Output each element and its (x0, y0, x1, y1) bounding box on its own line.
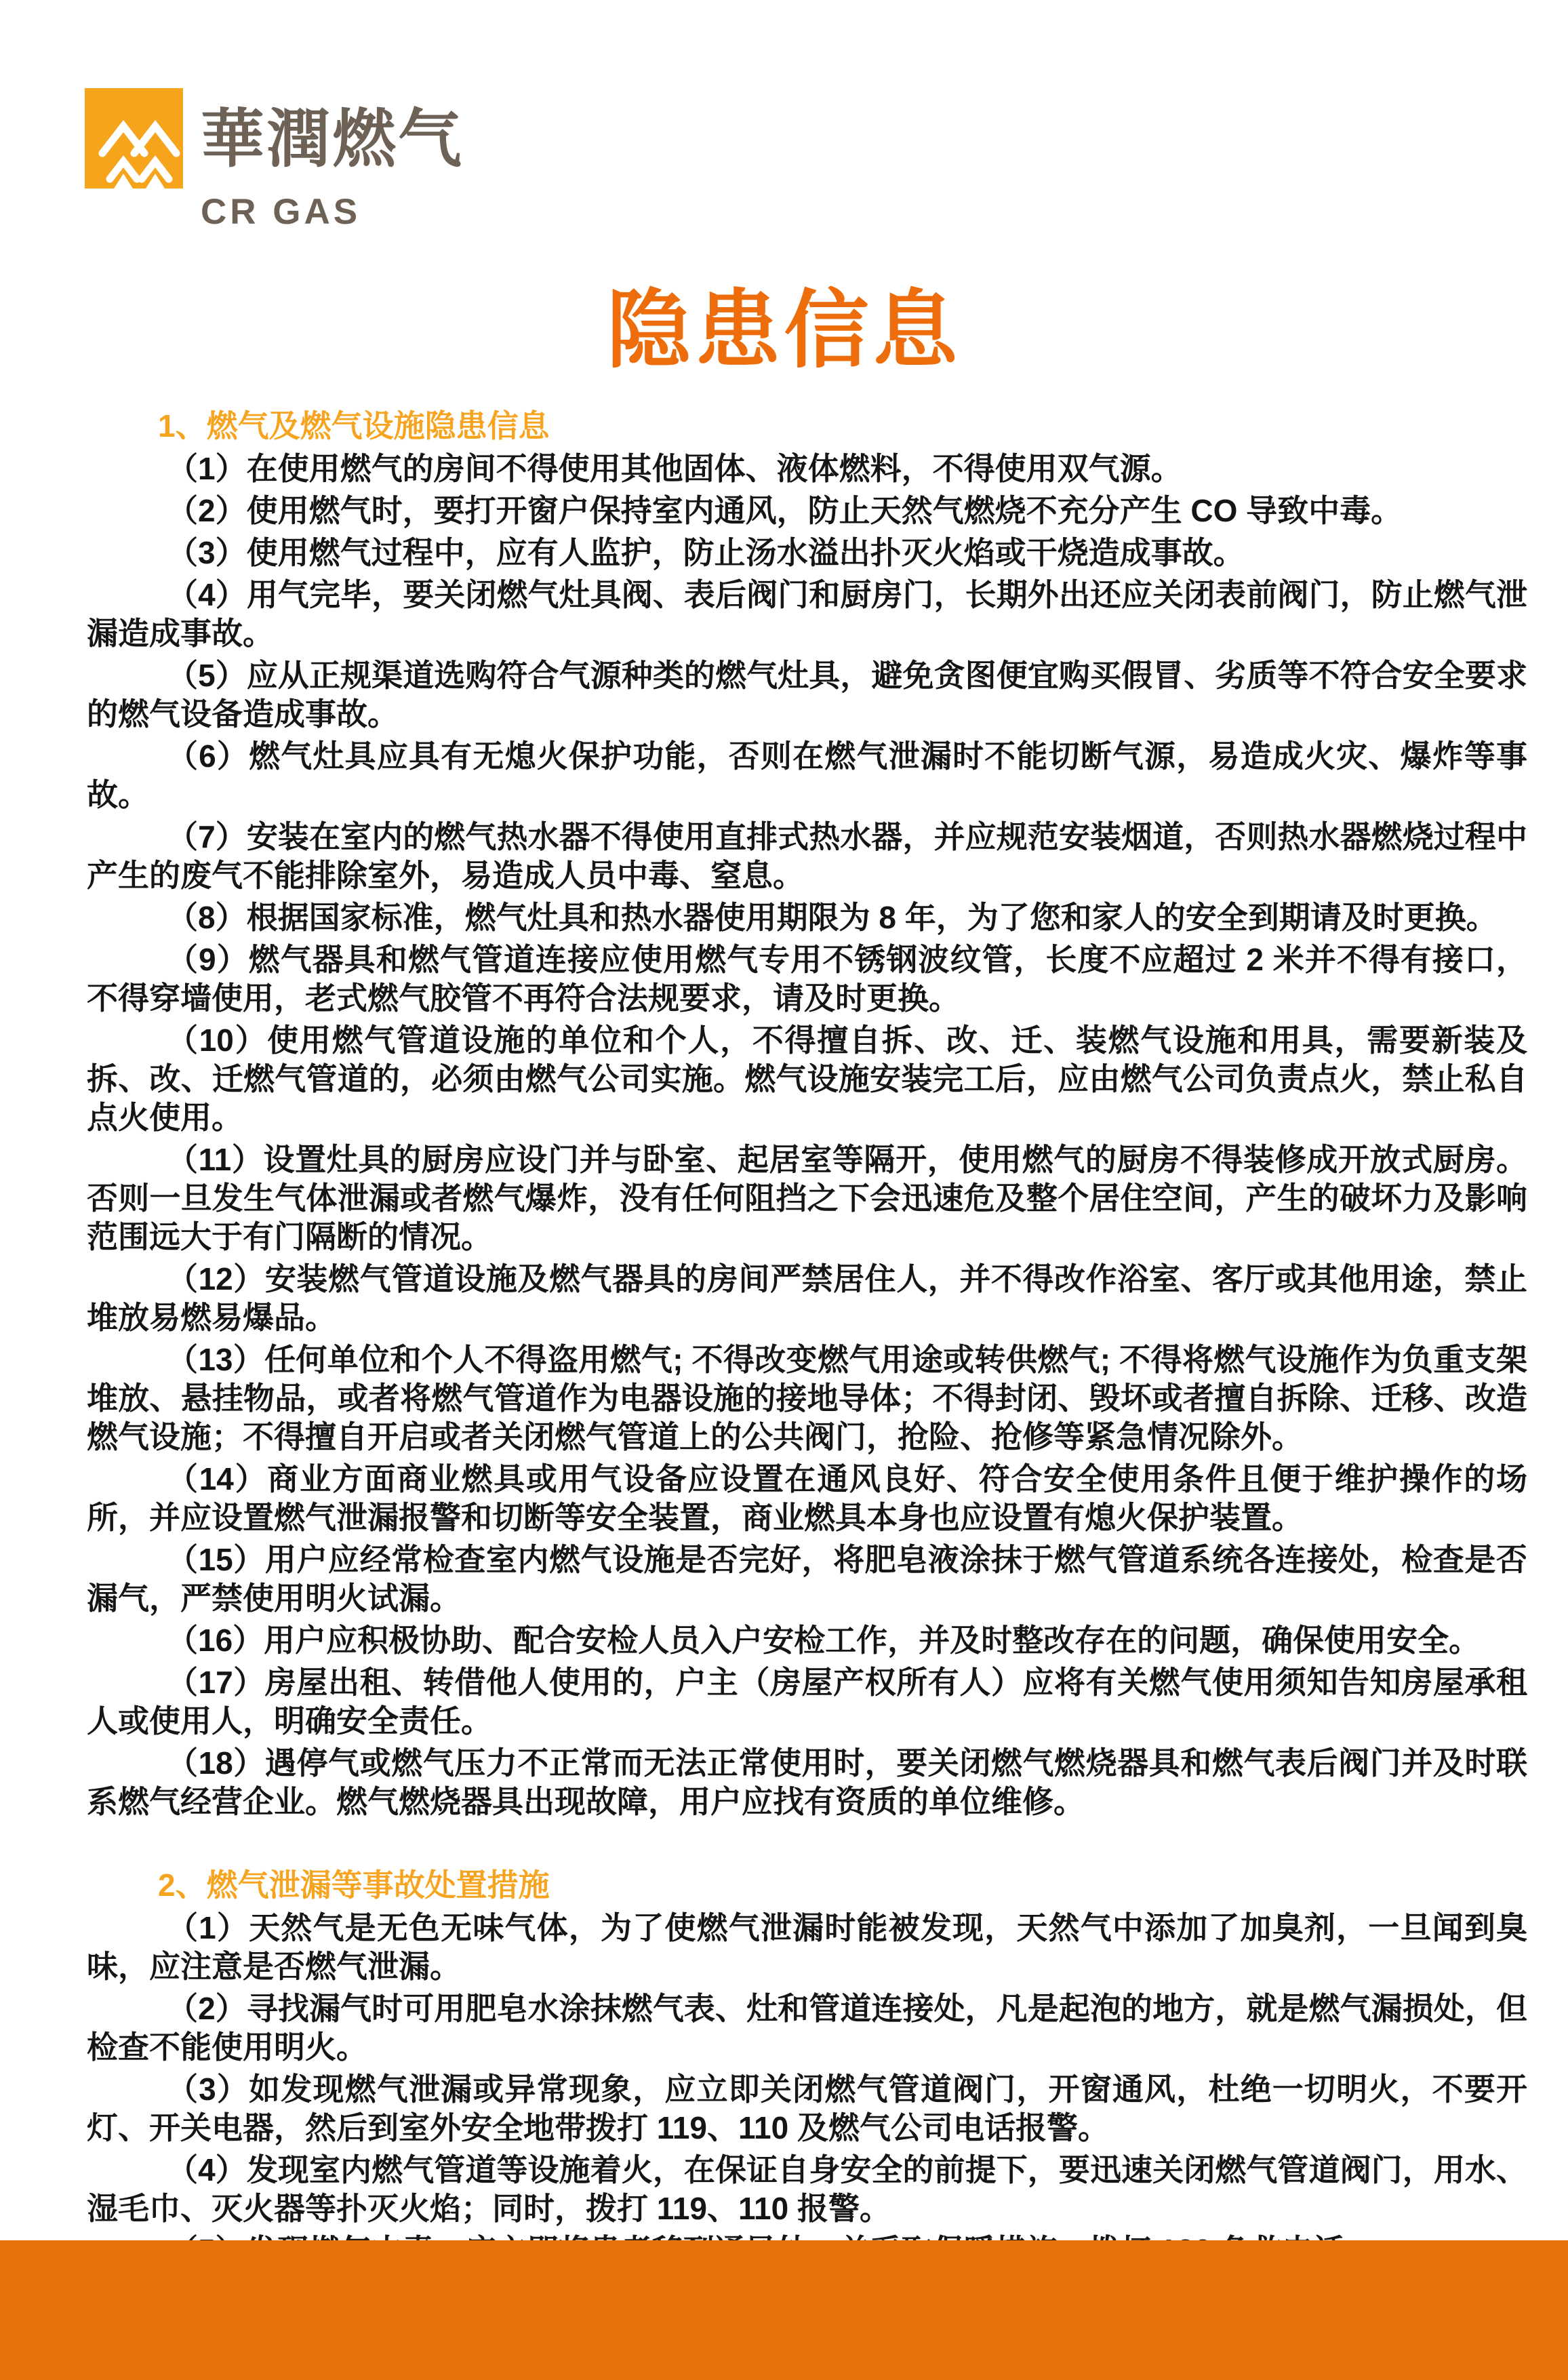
document-page: 華潤燃气 CR GAS 隐患信息 1、燃气及燃气设施隐患信息 （1）在使用燃气的… (0, 0, 1568, 2380)
section-1-item-11: （11）设置灶具的厨房应设门并与卧室、起居室等隔开，使用燃气的厨房不得装修成开放… (87, 1141, 1527, 1256)
section-1-item-7: （7）安装在室内的燃气热水器不得使用直排式热水器，并应规范安装烟道，否则热水器燃… (87, 818, 1527, 895)
section-1-item-6: （6）燃气灶具应具有无熄火保护功能，否则在燃气泄漏时不能切断气源，易造成火灾、爆… (87, 737, 1527, 814)
section-1-item-1: （1）在使用燃气的房间不得使用其他固体、液体燃料，不得使用双气源。 (87, 450, 1527, 488)
section-2-heading: 2、燃气泄漏等事故处置措施 (158, 1866, 1527, 1905)
section-2-item-3: （3）如发现燃气泄漏或异常现象，应立即关闭燃气管道阀门，开窗通风，杜绝一切明火，… (87, 2070, 1527, 2147)
section-2-item-2: （2）寻找漏气时可用肥皂水涂抹燃气表、灶和管道连接处，凡是起泡的地方，就是燃气漏… (87, 1989, 1527, 2067)
document-body: 1、燃气及燃气设施隐患信息 （1）在使用燃气的房间不得使用其他固体、液体燃料，不… (87, 407, 1527, 2270)
section-1-item-18: （18）遇停气或燃气压力不正常而无法正常使用时，要关闭燃气燃烧器具和燃气表后阀门… (87, 1744, 1527, 1821)
section-1-item-3: （3）使用燃气过程中，应有人监护，防止汤水溢出扑灭火焰或干烧造成事故。 (87, 534, 1527, 572)
cr-gas-logo: 華潤燃气 CR GAS (85, 88, 464, 233)
brand-name-english: CR GAS (201, 191, 464, 233)
section-1-item-5: （5）应从正规渠道选购符合气源种类的燃气灶具，避免贪图便宜购买假冒、劣质等不符合… (87, 656, 1527, 734)
section-gas-facility-hazard-info: 1、燃气及燃气设施隐患信息 （1）在使用燃气的房间不得使用其他固体、液体燃料，不… (87, 407, 1527, 1821)
section-1-item-12: （12）安装燃气管道设施及燃气器具的房间严禁居住人，并不得改作浴室、客厅或其他用… (87, 1260, 1527, 1337)
mountain-icon (85, 88, 183, 189)
section-1-item-9: （9）燃气器具和燃气管道连接应使用燃气专用不锈钢波纹管，长度不应超过 2 米并不… (87, 940, 1527, 1018)
bottom-orange-band (0, 2240, 1568, 2380)
logo-text-block: 華潤燃气 CR GAS (201, 88, 464, 233)
brand-name-chinese: 華潤燃气 (201, 107, 464, 171)
section-2-item-1: （1）天然气是无色无味气体，为了使燃气泄漏时能被发现，天然气中添加了加臭剂，一旦… (87, 1909, 1527, 1986)
section-1-item-13: （13）任何单位和个人不得盗用燃气; 不得改变燃气用途或转供燃气; 不得将燃气设… (87, 1341, 1527, 1456)
section-1-item-16: （16）用户应积极协助、配合安检人员入户安检工作，并及时整改存在的问题，确保使用… (87, 1621, 1527, 1660)
section-1-item-15: （15）用户应经常检查室内燃气设施是否完好，将肥皂液涂抹于燃气管道系统各连接处，… (87, 1541, 1527, 1618)
section-1-item-8: （8）根据国家标准，燃气灶具和热水器使用期限为 8 年，为了您和家人的安全到期请… (87, 898, 1527, 937)
section-2-item-4: （4）发现室内燃气管道等设施着火，在保证自身安全的前提下，要迅速关闭燃气管道阀门… (87, 2151, 1527, 2228)
section-1-heading: 1、燃气及燃气设施隐患信息 (158, 407, 1527, 445)
section-1-item-10: （10）使用燃气管道设施的单位和个人，不得擅自拆、改、迁、装燃气设施和用具，需要… (87, 1021, 1527, 1137)
logo-square (85, 88, 183, 189)
section-1-item-4: （4）用气完毕，要关闭燃气灶具阀、表后阀门和厨房门，长期外出还应关闭表前阀门，防… (87, 576, 1527, 653)
section-1-item-17: （17）房屋出租、转借他人使用的，户主（房屋产权所有人）应将有关燃气使用须知告知… (87, 1663, 1527, 1741)
section-leak-emergency-measures: 2、燃气泄漏等事故处置措施 （1）天然气是无色无味气体，为了使燃气泄漏时能被发现… (87, 1866, 1527, 2270)
page-title: 隐患信息 (0, 288, 1568, 373)
section-1-item-14: （14）商业方面商业燃具或用气设备应设置在通风良好、符合安全使用条件且便于维护操… (87, 1460, 1527, 1537)
section-1-item-2: （2）使用燃气时，要打开窗户保持室内通风，防止天然气燃烧不充分产生 CO 导致中… (87, 492, 1527, 530)
